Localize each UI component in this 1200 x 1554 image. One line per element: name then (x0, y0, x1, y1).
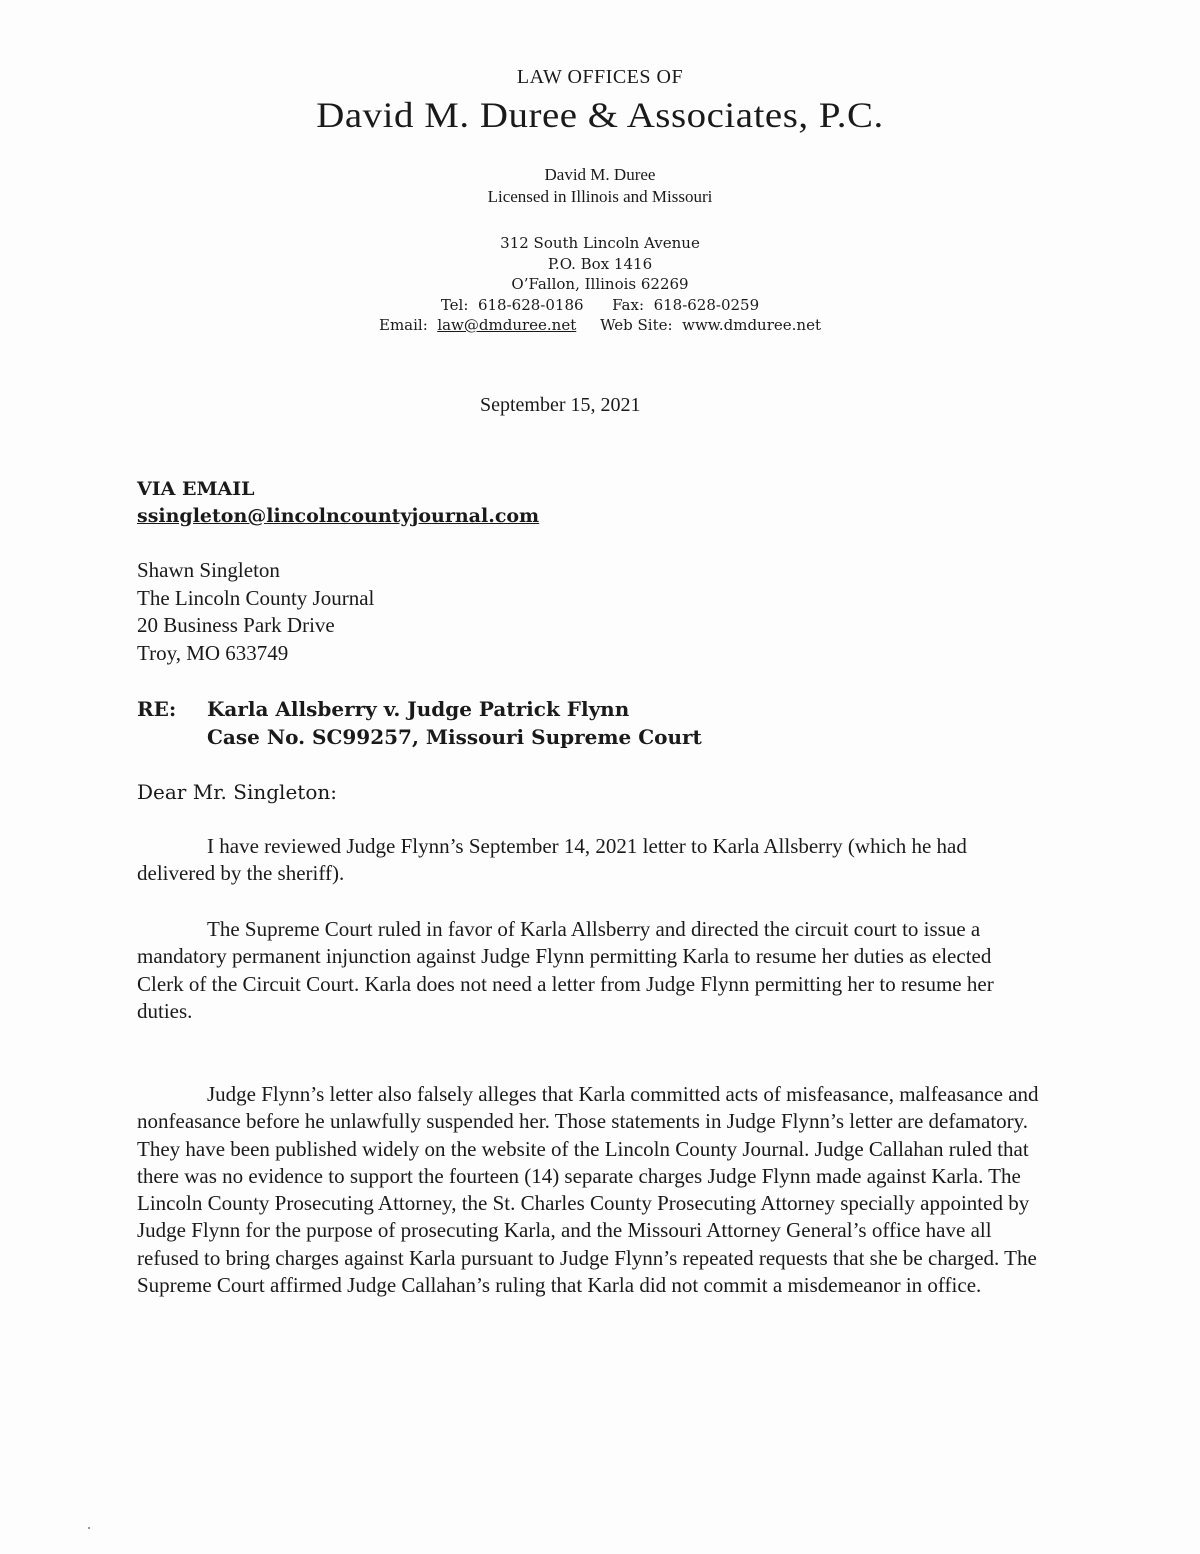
recipient-street: 20 Business Park Drive (137, 612, 374, 640)
firm-email-link[interactable]: law@dmduree.net (437, 316, 576, 334)
firm-city-state-zip: O’Fallon, Illinois 62269 (0, 274, 1200, 295)
body-paragraph-3: Judge Flynn’s letter also falsely allege… (137, 1081, 1042, 1299)
firm-website: www.dmduree.net (682, 316, 821, 334)
attorney-license: Licensed in Illinois and Missouri (0, 186, 1200, 208)
recipient-name: Shawn Singleton (137, 557, 374, 585)
recipient-organization: The Lincoln County Journal (137, 585, 374, 613)
delivery-block: VIA EMAIL ssingleton@lincolncountyjourna… (137, 476, 539, 530)
firm-po-box: P.O. Box 1416 (0, 254, 1200, 275)
firm-name: David M. Duree & Associates, P.C. (0, 94, 1200, 136)
salutation: Dear Mr. Singleton: (137, 780, 337, 804)
paragraph-text: I have reviewed Judge Flynn’s September … (137, 833, 1042, 888)
letter-date: September 15, 2021 (480, 394, 641, 417)
email-label: Email: (379, 316, 428, 334)
scan-artifact (88, 1527, 90, 1529)
attorney-name: David M. Duree (0, 164, 1200, 186)
firm-phone-row: Tel: 618-628-0186 Fax: 618-628-0259 (0, 295, 1200, 316)
body-paragraph-1: I have reviewed Judge Flynn’s September … (137, 833, 1042, 888)
recipient-email-link[interactable]: ssingleton@lincolncountyjournal.com (137, 503, 539, 530)
tel-number: 618-628-0186 (478, 296, 584, 314)
web-label: Web Site: (600, 316, 672, 334)
re-label: RE: (137, 695, 176, 723)
firm-address-block: 312 South Lincoln Avenue P.O. Box 1416 O… (0, 233, 1200, 336)
tel-label: Tel: (441, 296, 469, 314)
firm-street: 312 South Lincoln Avenue (0, 233, 1200, 254)
letterhead-top-line: LAW OFFICES OF (0, 66, 1200, 89)
paragraph-text: The Supreme Court ruled in favor of Karl… (137, 916, 1042, 1025)
body-paragraph-2: The Supreme Court ruled in favor of Karl… (137, 916, 1042, 1025)
firm-contact-row: Email: law@dmduree.net Web Site: www.dmd… (0, 315, 1200, 336)
attorney-block: David M. Duree Licensed in Illinois and … (0, 164, 1200, 208)
re-case-title: Karla Allsberry v. Judge Patrick Flynn (207, 695, 702, 723)
paragraph-text: Judge Flynn’s letter also falsely allege… (137, 1081, 1042, 1299)
re-case-number: Case No. SC99257, Missouri Supreme Court (207, 723, 702, 751)
delivery-method: VIA EMAIL (137, 476, 539, 503)
fax-number: 618-628-0259 (654, 296, 760, 314)
recipient-address: Shawn Singleton The Lincoln County Journ… (137, 557, 374, 667)
fax-label: Fax: (612, 296, 644, 314)
recipient-city-state-zip: Troy, MO 633749 (137, 640, 374, 668)
